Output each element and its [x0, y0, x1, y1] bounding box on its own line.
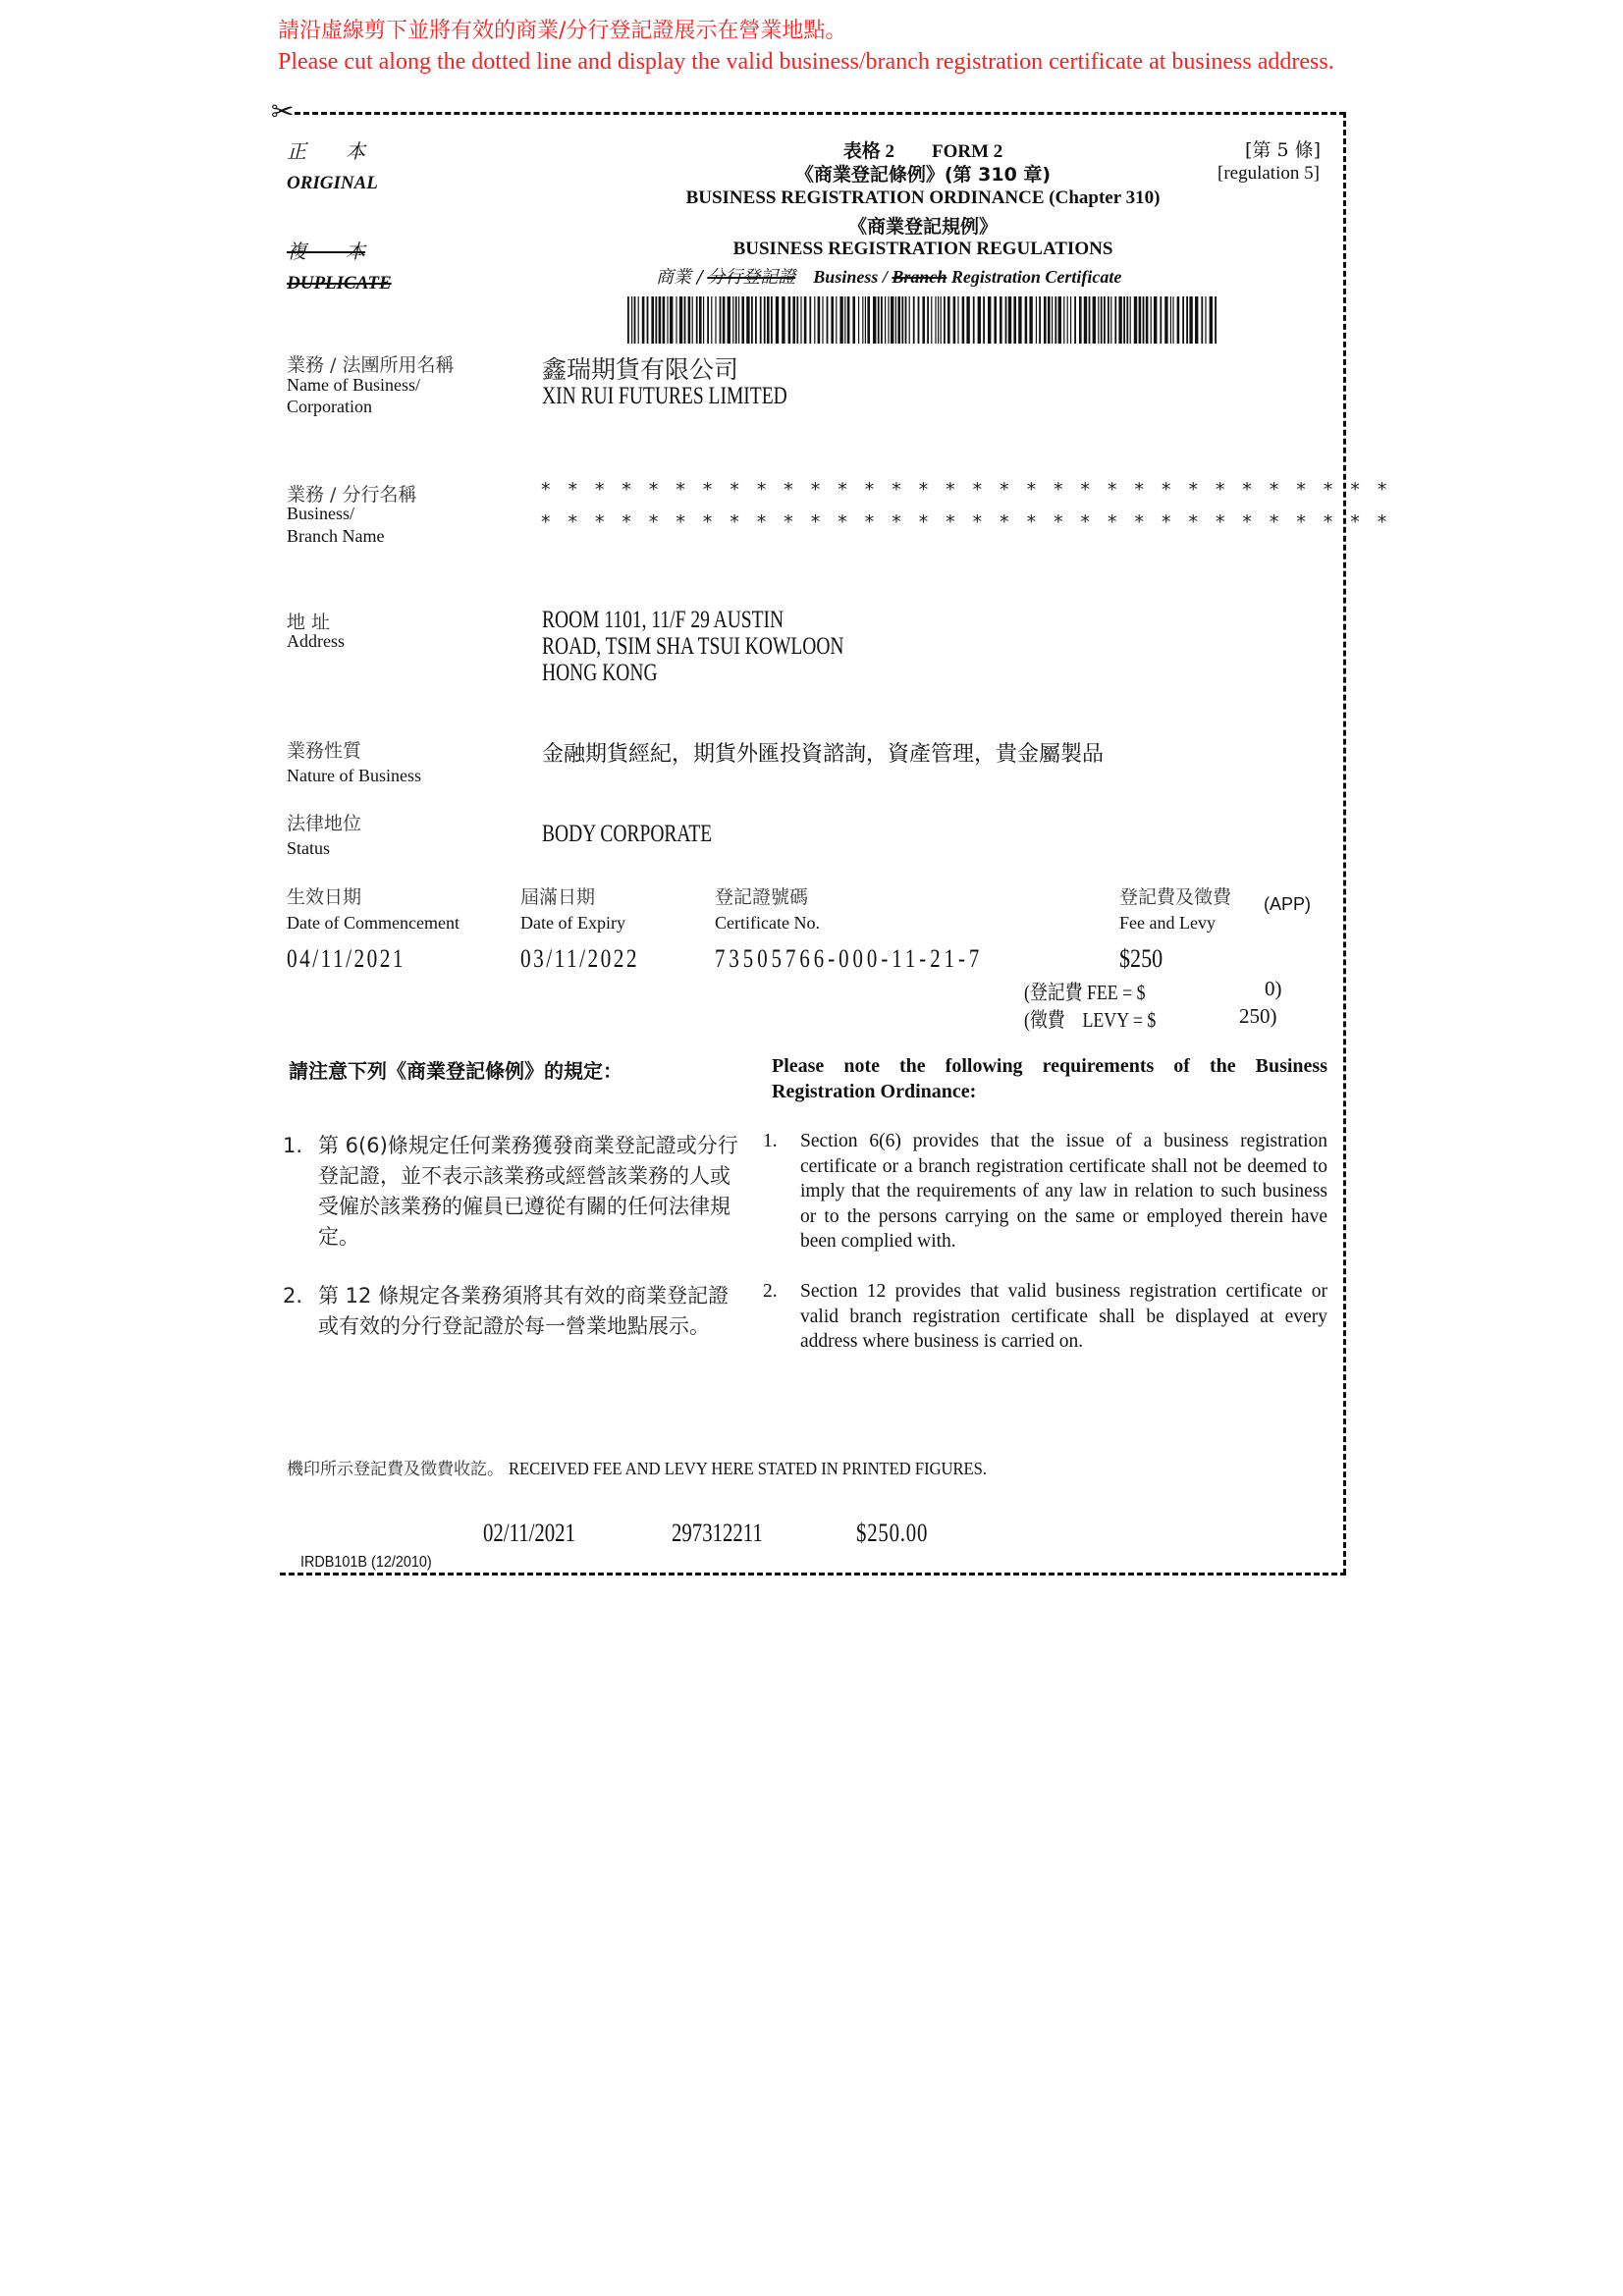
note-en-1-text: Section 6(6) provides that the issue of … — [800, 1129, 1327, 1255]
form-code: IRDB101B (12/2010) — [300, 1554, 432, 1572]
note-en-2-text: Section 12 provides that valid business … — [800, 1279, 1327, 1355]
address-line-3: HONG KONG — [542, 660, 658, 687]
cert-type-zh-branch: 分行登記證 — [707, 267, 795, 288]
ordinance-title-en: BUSINESS REGISTRATION ORDINANCE (Chapter… — [628, 187, 1217, 209]
status-label-zh: 法律地位 — [287, 809, 361, 835]
duplicate-marker-zh: 複 本 — [287, 236, 365, 264]
fee-breakdown-fee-value: 0) — [1265, 977, 1282, 1001]
branch-name-line-2: * * * * * * * * * * * * * * * * * * * * … — [540, 511, 1390, 533]
nature-of-business: 金融期貨經紀，期貨外匯投資諮詢，資產管理，貴金屬製品 — [542, 737, 1104, 768]
address-label-zh: 地 址 — [287, 608, 330, 634]
receipt-number: 297312211 — [672, 1519, 763, 1548]
certificate-number: 73505766-000-11-21-7 — [715, 944, 983, 974]
address-line-2: ROAD, TSIM SHA TSUI KOWLOON — [542, 633, 844, 661]
fee-breakdown-fee-label: (登記費 FEE = $ — [1024, 977, 1146, 1006]
ordinance-title-zh: 《商業登記條例》(第 310 章) — [628, 160, 1217, 187]
notes-heading-en: Please note the following requirements o… — [772, 1053, 1327, 1104]
fee-label-en: Fee and Levy — [1119, 913, 1216, 934]
note-zh-2-text: 第 12 條規定各業務須將其有效的商業登記證或有效的分行登記證於每一營業地點展示… — [318, 1281, 746, 1342]
regulations-title-en: BUSINESS REGISTRATION REGULATIONS — [628, 239, 1217, 260]
name-label-zh: 業務 / 法團所用名稱 — [287, 350, 454, 377]
note-zh-1: 1. 第 6(6)條規定任何業務獲發商業登記證或分行登記證，並不表示該業務或經營… — [283, 1131, 754, 1253]
expiry-label-zh: 屆滿日期 — [520, 882, 595, 909]
cut-line-bottom — [280, 1573, 1346, 1575]
address-line-1: ROOM 1101, 11/F 29 AUSTIN — [542, 607, 784, 634]
cut-line-top — [295, 112, 1345, 115]
name-label-en-2: Corporation — [287, 397, 372, 417]
cut-instruction-zh: 請沿虛線剪下並將有效的商業/分行登記證展示在營業地點。 — [278, 14, 846, 44]
fee-label-zh: 登記費及徵費 — [1119, 882, 1231, 909]
form-number: 表格 2 FORM 2 — [628, 136, 1217, 163]
regulations-title-zh: 《商業登記規例》 — [628, 212, 1217, 239]
nature-label-en: Nature of Business — [287, 766, 421, 786]
certificate-label-en: Certificate No. — [715, 913, 820, 934]
expiry-date: 03/11/2022 — [520, 944, 639, 974]
receipt-date: 02/11/2021 — [483, 1519, 575, 1548]
address-label-en: Address — [287, 631, 345, 652]
original-marker-en: ORIGINAL — [287, 173, 378, 194]
receipt-statement: 機印所示登記費及徵費收訖。 RECEIVED FEE AND LEVY HERE… — [287, 1455, 1028, 1479]
commencement-date: 04/11/2021 — [287, 944, 406, 974]
certificate-type: 商業 / 分行登記證 Business / Branch Registratio… — [656, 263, 1121, 289]
branch-name-line-1: * * * * * * * * * * * * * * * * * * * * … — [540, 479, 1390, 501]
scissors-icon: ✂ — [271, 98, 294, 126]
expiry-label-en: Date of Expiry — [520, 913, 625, 934]
regulation-reference-en: [regulation 5] — [1217, 163, 1320, 185]
receipt-amount: $250.00 — [856, 1519, 928, 1548]
branch-label-en-1: Business/ — [287, 504, 354, 524]
note-en-1: 1. Section 6(6) provides that the issue … — [763, 1129, 1327, 1255]
receipt-statement-zh: 機印所示登記費及徵費收訖。 — [287, 1460, 504, 1479]
note-zh-2: 2. 第 12 條規定各業務須將其有效的商業登記證或有效的分行登記證於每一營業地… — [283, 1281, 754, 1342]
barcode — [625, 296, 1220, 344]
commencement-label-en: Date of Commencement — [287, 913, 460, 934]
fee-breakdown-levy-value: 250) — [1239, 1004, 1277, 1029]
note-en-2: 2. Section 12 provides that valid busine… — [763, 1279, 1327, 1355]
status-label-en: Status — [287, 838, 330, 859]
cut-instruction-en: Please cut along the dotted line and dis… — [278, 49, 1334, 76]
branch-label-en-2: Branch Name — [287, 526, 384, 547]
commencement-label-zh: 生效日期 — [287, 882, 361, 909]
regulation-reference-zh: [第 5 條] — [1245, 135, 1321, 162]
branch-label-zh: 業務 / 分行名稱 — [287, 480, 416, 507]
note-en-1-number: 1. — [763, 1129, 778, 1154]
business-name-zh: 鑫瑞期貨有限公司 — [542, 350, 738, 386]
cert-type-en-rest: Registration Certificate — [951, 267, 1122, 287]
fee-amount: $250 — [1119, 944, 1163, 974]
receipt-statement-en: RECEIVED FEE AND LEVY HERE STATED IN PRI… — [509, 1459, 987, 1479]
notes-heading-zh: 請注意下列《商業登記條例》的規定： — [289, 1055, 622, 1084]
cert-type-en-business: Business / — [813, 267, 888, 287]
cert-type-zh-business: 商業 / — [656, 267, 703, 288]
note-en-2-number: 2. — [763, 1279, 778, 1305]
cert-type-en-branch: Branch — [892, 267, 947, 287]
note-zh-2-number: 2. — [283, 1281, 302, 1311]
note-zh-1-text: 第 6(6)條規定任何業務獲發商業登記證或分行登記證，並不表示該業務或經營該業務… — [318, 1131, 746, 1253]
legal-status: BODY CORPORATE — [542, 821, 712, 848]
certificate-label-zh: 登記證號碼 — [715, 882, 808, 909]
business-name-en: XIN RUI FUTURES LIMITED — [542, 383, 787, 410]
original-marker-zh: 正 本 — [287, 135, 365, 164]
duplicate-marker-en: DUPLICATE — [287, 273, 392, 294]
cut-line-right — [1343, 112, 1346, 1575]
note-zh-1-number: 1. — [283, 1131, 302, 1161]
nature-label-zh: 業務性質 — [287, 736, 361, 763]
fee-app-marker: (APP) — [1264, 894, 1311, 915]
fee-breakdown-levy-label: (徵費 LEVY = $ — [1024, 1004, 1156, 1034]
name-label-en-1: Name of Business/ — [287, 375, 420, 396]
